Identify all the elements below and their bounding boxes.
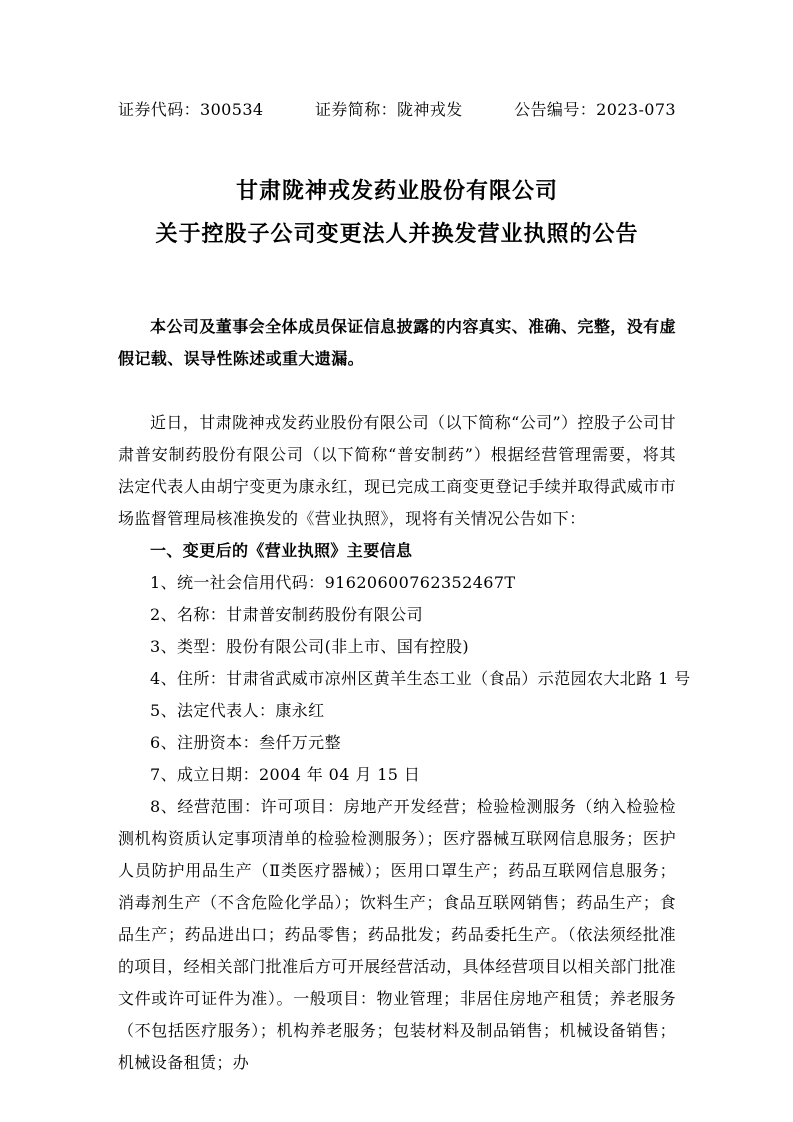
license-info-item-establishment-date: 7、成立日期：2004 年 04 月 15 日 (118, 759, 676, 791)
business-scope-paragraph: 8、经营范围：许可项目：房地产开发经营；检验检测服务（纳入检验检测机构资质认定事… (118, 791, 676, 1079)
company-name-title: 甘肃陇神戎发药业股份有限公司 (118, 170, 676, 213)
stock-abbreviation: 证券简称：陇神戎发 (315, 94, 463, 126)
section-1-heading: 一、变更后的《营业执照》主要信息 (118, 535, 676, 567)
license-info-item-registered-capital: 6、注册资本：叁仟万元整 (118, 727, 676, 759)
document-header: 证券代码：300534 证券简称：陇神戎发 公告编号：2023-073 (118, 94, 676, 126)
license-info-item-name: 2、名称：甘肃普安制药股份有限公司 (118, 599, 676, 631)
license-info-list: 1、统一社会信用代码：91620600762352467T 2、名称：甘肃普安制… (118, 567, 676, 791)
intro-paragraph: 近日，甘肃陇神戎发药业股份有限公司（以下简称“公司”）控股子公司甘肃普安制药股份… (118, 407, 676, 535)
announcement-title: 关于控股子公司变更法人并换发营业执照的公告 (118, 213, 676, 256)
document-title-block: 甘肃陇神戎发药业股份有限公司 关于控股子公司变更法人并换发营业执照的公告 (118, 170, 676, 256)
license-info-item-legal-representative: 5、法定代表人：康永红 (118, 695, 676, 727)
board-statement: 本公司及董事会全体成员保证信息披露的内容真实、准确、完整，没有虚假记载、误导性陈… (118, 311, 676, 375)
license-info-item-credit-code: 1、统一社会信用代码：91620600762352467T (118, 567, 676, 599)
announcement-number: 公告编号：2023-073 (514, 94, 676, 126)
document-page: 证券代码：300534 证券简称：陇神戎发 公告编号：2023-073 甘肃陇神… (0, 0, 793, 1122)
license-info-item-type: 3、类型：股份有限公司(非上市、国有控股) (118, 631, 676, 663)
license-info-item-address: 4、住所：甘肃省武威市凉州区黄羊生态工业（食品）示范园农大北路 1 号 (118, 663, 676, 695)
stock-code: 证券代码：300534 (118, 94, 263, 126)
